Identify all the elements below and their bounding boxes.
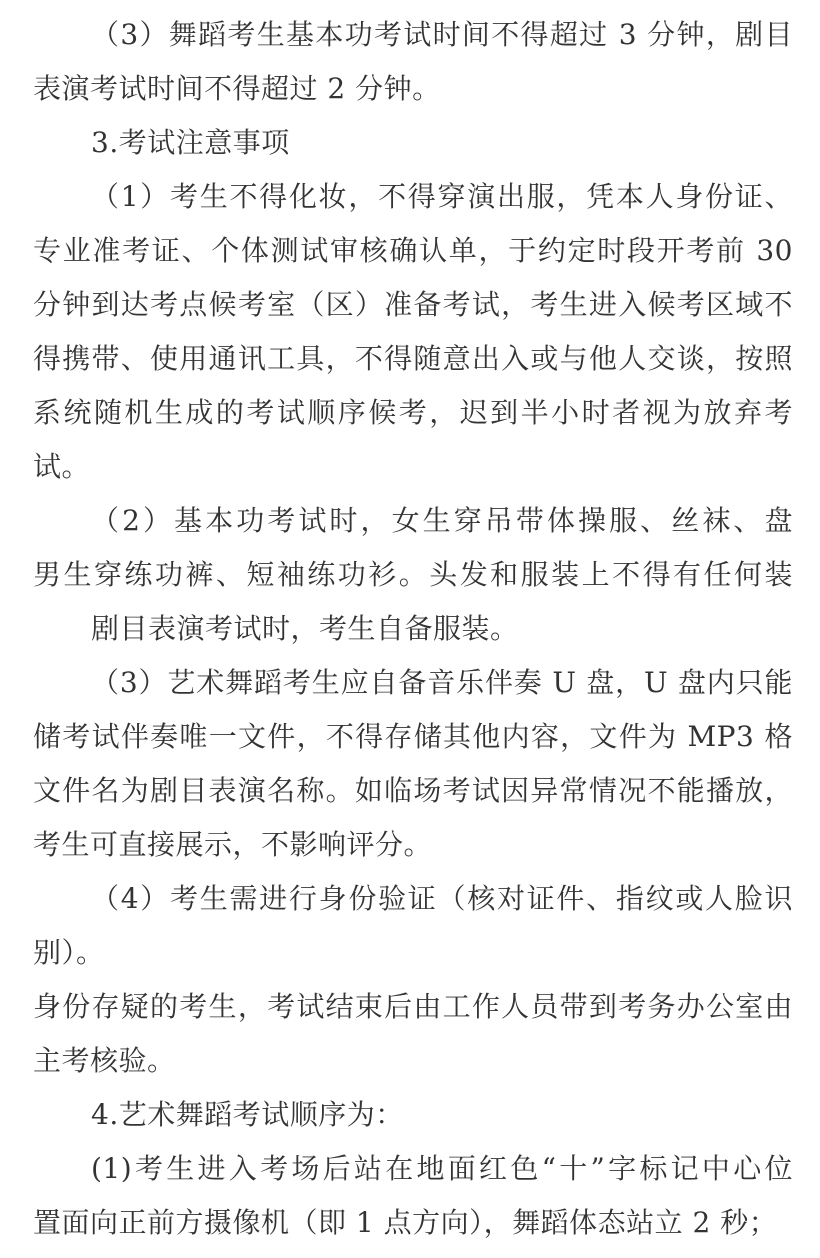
text-line: （2）基本功考试时，女生穿吊带体操服、丝袜、盘头；: [33, 494, 793, 548]
text-line: 系统随机生成的考试顺序候考，迟到半小时者视为放弃考: [33, 386, 793, 440]
text-line: （4）考生需进行身份验证（核对证件、指纹或人脸识: [33, 872, 793, 926]
document-page: （3）舞蹈考生基本功考试时间不得超过 3 分钟，剧目 表演考试时间不得超过 2 …: [0, 0, 820, 1258]
text-line: 专业准考证、个体测试审核确认单，于约定时段开考前 30: [33, 224, 793, 278]
text-line: 主考核验。: [33, 1034, 793, 1088]
text-line: 分钟到达考点候考室（区）准备考试，考生进入候考区域不: [33, 278, 793, 332]
text-line: （1）考生不得化妆，不得穿演出服，凭本人身份证、: [33, 170, 793, 224]
text-line: 考生可直接展示，不影响评分。: [33, 818, 793, 872]
text-line: 剧目表演考试时，考生自备服装。: [33, 602, 793, 656]
text-line: 储考试伴奏唯一文件，不得存储其他内容，文件为 MP3 格式，: [33, 710, 793, 764]
text-line: （3）艺术舞蹈考生应自备音乐伴奏 U 盘，U 盘内只能存: [33, 656, 793, 710]
text-line: 别）。: [33, 926, 793, 980]
text-line: 置面向正前方摄像机（即 1 点方向），舞蹈体态站立 2 秒；: [33, 1196, 793, 1250]
text-line: （3）舞蹈考生基本功考试时间不得超过 3 分钟，剧目: [33, 8, 793, 62]
text-line: 身份存疑的考生，考试结束后由工作人员带到考务办公室由: [33, 980, 793, 1034]
text-line: (1)考生进入考场后站在地面红色“十”字标记中心位: [33, 1142, 793, 1196]
section-heading: 4.艺术舞蹈考试顺序为：: [33, 1088, 793, 1142]
section-heading: 3.考试注意事项: [33, 116, 793, 170]
text-line: 表演考试时间不得超过 2 分钟。: [33, 62, 793, 116]
text-line: 男生穿练功裤、短袖练功衫。头发和服装上不得有任何装饰。: [33, 548, 793, 602]
text-line: 文件名为剧目表演名称。如临场考试因异常情况不能播放，: [33, 764, 793, 818]
text-line: 试。: [33, 440, 793, 494]
text-line: 得携带、使用通讯工具，不得随意出入或与他人交谈，按照: [33, 332, 793, 386]
